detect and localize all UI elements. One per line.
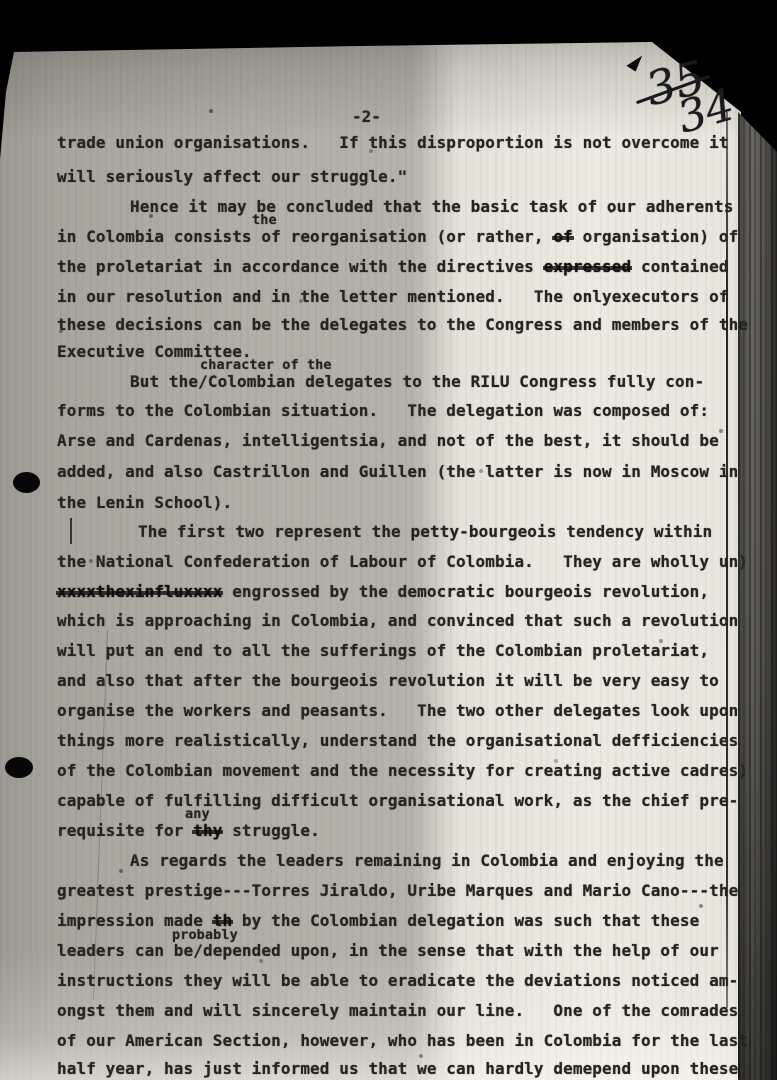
- text-line: Arse and Cardenas, intelligentsia, and n…: [57, 432, 719, 449]
- text-line: things more realistically, understand th…: [57, 732, 738, 749]
- interlinear-insertion: the: [252, 213, 277, 227]
- text-line: will seriously affect our struggle.": [57, 168, 407, 185]
- text-line: the National Confederation of Labour of …: [57, 553, 748, 570]
- pen-tick-mark: [70, 518, 72, 544]
- text-line: requisite for thy struggle.: [57, 822, 320, 839]
- page-number: -2-: [352, 107, 381, 126]
- text-line: forms to the Colombian situation. The de…: [57, 402, 709, 419]
- text-line: leaders can be/depended upon, in the sen…: [57, 942, 719, 959]
- text-line: trade union organisations. If this dispr…: [57, 134, 729, 151]
- struck-out-text: xxxxthexinfluxxxx: [57, 582, 222, 601]
- scanned-document-page: -2- 35 34 trade union organisations. If …: [0, 0, 777, 1080]
- interlinear-insertion: character of the: [200, 358, 332, 372]
- text-line: xxxxthexinfluxxxx engrossed by the democ…: [57, 583, 709, 600]
- text-line: which is approaching in Colombia, and co…: [57, 612, 738, 629]
- hole-punch-dot: [5, 757, 33, 778]
- text-line: in Colombia consists of reorganisation (…: [57, 228, 738, 245]
- struck-out-text: thy: [193, 821, 222, 840]
- interlinear-insertion: any: [185, 807, 210, 821]
- text-line: the Lenin School).: [57, 494, 232, 511]
- text-line: ongst them and will sincerely maintain o…: [57, 1002, 738, 1019]
- text-line: added, and also Castrillon and Guillen (…: [57, 463, 738, 480]
- text-line: greatest prestige---Torres Jiraldo, Urib…: [57, 882, 738, 899]
- text-line: capable of fulfilling difficult organisa…: [57, 792, 738, 809]
- struck-out-text: of: [553, 227, 572, 246]
- paper-specks: [0, 0, 2, 2]
- text-line: will put an end to all the sufferings of…: [57, 642, 709, 659]
- interlinear-insertion: probably: [172, 928, 238, 942]
- text-line: The first two represent the petty-bourge…: [138, 523, 712, 540]
- text-line: But the/Colombian delegates to the RILU …: [130, 373, 704, 390]
- text-line: half year, has just informed us that we …: [57, 1060, 738, 1077]
- struck-out-text: expressed: [544, 257, 632, 276]
- text-line: of the Colombian movement and the necess…: [57, 762, 748, 779]
- hole-punch-dot: [13, 472, 40, 493]
- text-line: the proletariat in accordance with the d…: [57, 258, 729, 275]
- text-line: impression made th by the Colombian dele…: [57, 912, 699, 929]
- text-line: and also that after the bourgeois revolu…: [57, 672, 719, 689]
- text-line: in our resolution and in the letter ment…: [57, 288, 729, 305]
- scan-edge-band: [738, 0, 777, 1080]
- text-line: Hence it may be concluded that the basic…: [130, 198, 733, 215]
- text-line: these decisions can be the delegates to …: [57, 316, 748, 333]
- text-line: organise the workers and peasants. The t…: [57, 702, 738, 719]
- text-line: As regards the leaders remaining in Colo…: [130, 852, 724, 869]
- text-line: of our American Section, however, who ha…: [57, 1032, 748, 1049]
- text-line: instructions they will be able to eradic…: [57, 972, 738, 989]
